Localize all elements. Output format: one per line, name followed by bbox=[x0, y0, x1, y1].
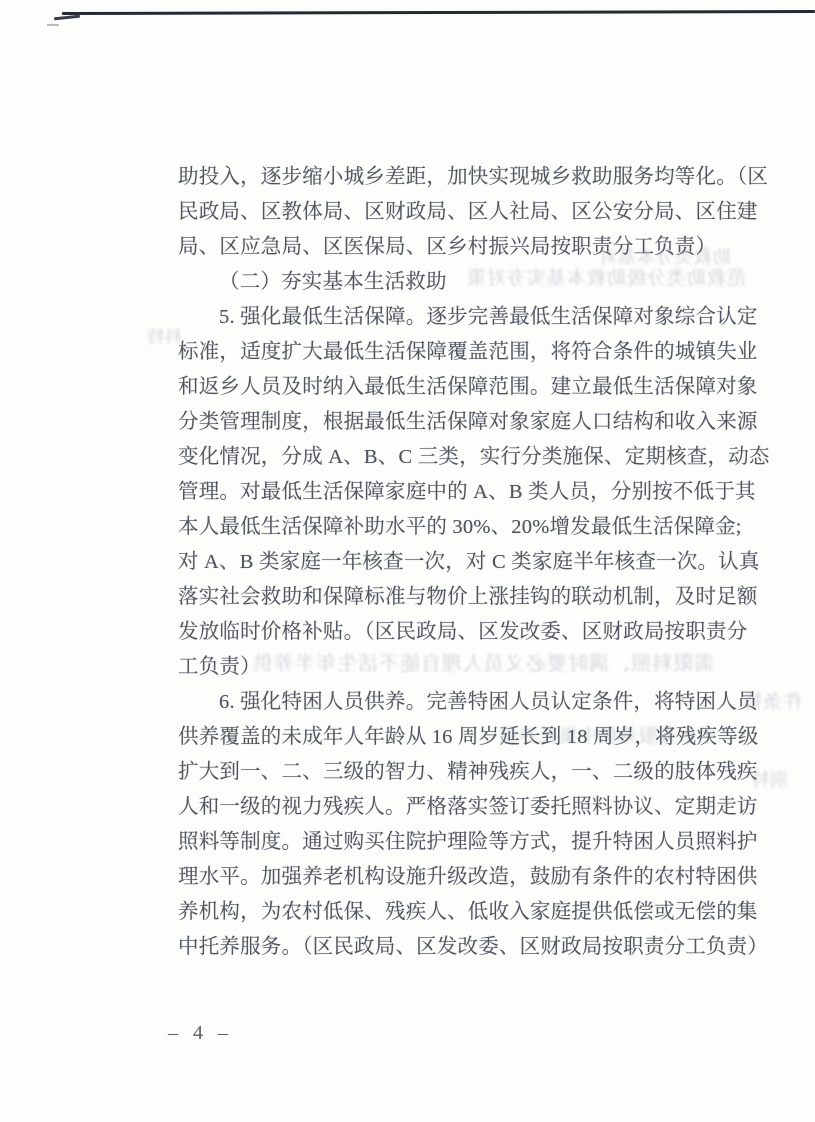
document-line: 5. 强化最低生活保障。逐步完善最低生活保障对象综合认定 bbox=[178, 300, 778, 335]
document-line: 分类管理制度，根据最低生活保障对象家庭人口结构和收入来源 bbox=[178, 405, 778, 440]
document-line: 扩大到一、二、三级的智力、精神残疾人，一、二级的肢体残疾 bbox=[178, 755, 778, 790]
page-number: – 4 – bbox=[168, 1022, 233, 1045]
document-line: 供养覆盖的未成年人年龄从 16 周岁延长到 18 周岁，将残疾等级 bbox=[178, 720, 778, 755]
document-line: 人和一级的视力残疾人。严格落实签订委托照料协议、定期走访 bbox=[178, 790, 778, 825]
scan-artifact-speck bbox=[47, 24, 59, 26]
document-line: 标准，适度扩大最低生活保障覆盖范围，将符合条件的城镇失业 bbox=[178, 335, 778, 370]
document-line: 助投入，逐步缩小城乡差距，加快实现城乡救助服务均等化。（区 bbox=[178, 160, 778, 195]
bleedthrough-text: 科特 bbox=[146, 328, 182, 348]
document-line: 发放临时价格补贴。（区民政局、区发改委、区财政局按职责分 bbox=[178, 615, 778, 650]
document-line: 养机构，为农村低保、残疾人、低收入家庭提供低偿或无偿的集 bbox=[178, 895, 778, 930]
document-line: 6. 强化特困人员供养。完善特困人员认定条件，将特困人员 bbox=[178, 685, 778, 720]
document-line: 工负责） bbox=[178, 650, 778, 685]
document-line: 中托养服务。（区民政局、区发改委、区财政局按职责分工负责） bbox=[178, 930, 778, 965]
document-line: 对 A、B 类家庭一年核查一次，对 C 类家庭半年核查一次。认真 bbox=[178, 545, 778, 580]
document-line: 照料等制度。通过购买住院护理险等方式，提升特困人员照料护 bbox=[178, 825, 778, 860]
document-line: （二）夯实基本生活救助 bbox=[178, 265, 778, 300]
document-line: 落实社会救助和保障标准与物价上涨挂钩的联动机制，及时足额 bbox=[178, 580, 778, 615]
document-line: 民政局、区教体局、区财政局、区人社局、区公安分局、区住建 bbox=[178, 195, 778, 230]
scan-artifact-top-line bbox=[62, 10, 815, 15]
document-line: 变化情况，分成 A、B、C 三类，实行分类施保、定期核查，动态 bbox=[178, 440, 778, 475]
document-line: 和返乡人员及时纳入最低生活保障范围。建立最低生活保障对象 bbox=[178, 370, 778, 405]
scan-artifact-line-start bbox=[54, 15, 80, 21]
document-line: 局、区应急局、区医保局、区乡村振兴局按职责分工负责） bbox=[178, 230, 778, 265]
document-line: 本人最低生活保障补助水平的 30%、20%增发最低生活保障金; bbox=[178, 510, 778, 545]
document-body: 助投入，逐步缩小城乡差距，加快实现城乡救助服务均等化。（区民政局、区教体局、区财… bbox=[178, 160, 778, 965]
document-line: 管理。对最低生活保障家庭中的 A、B 类人员，分别按不低于其 bbox=[178, 475, 778, 510]
document-line: 理水平。加强养老机构设施升级改造，鼓励有条件的农村特困供 bbox=[178, 860, 778, 895]
scanned-document-page: 助救类分本基对范救助类分级助救本基实夯对策科特需限料照、满时要必义员人理自能不活… bbox=[0, 0, 815, 1122]
